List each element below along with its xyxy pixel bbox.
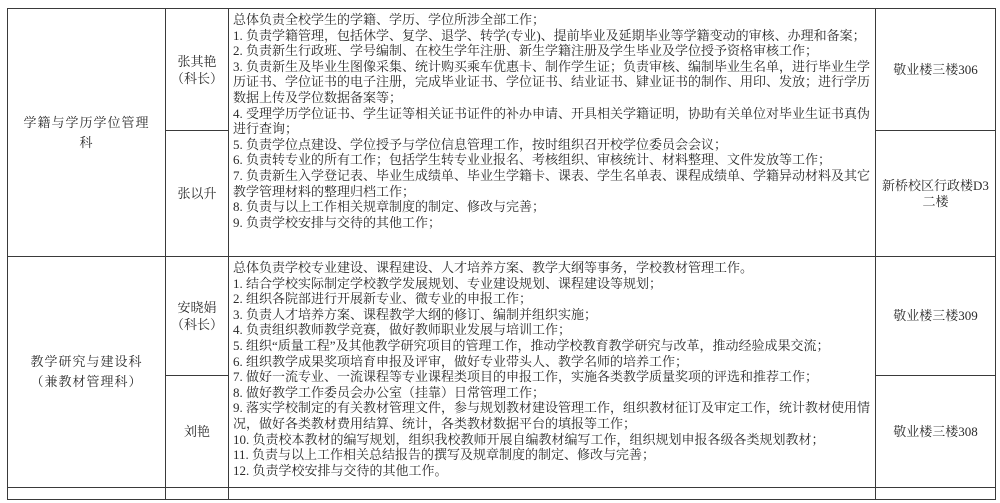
duty-line: 2. 负责新生行政班、学号编制、在校生学年注册、新生学籍注册及学生毕业及学位授予… [233,43,871,59]
duty-line: 7. 做好一流专业、一流课程等专业课程类项目的申报工作，实施各类教学质量奖项的评… [233,369,871,385]
duty-line: 1. 结合学校实际制定学校教学发展规划、专业建设规划、课程建设等规划； [233,276,871,292]
duty-line: 12. 负责学校安排与交待的其他工作。 [233,463,871,479]
person-title: （科长） [171,71,223,86]
person-title: （科长） [171,317,223,332]
person-name: 张其艳 [177,54,216,69]
person-cell: 张其艳（科长） [166,9,229,131]
person-name: 张以升 [177,186,216,201]
duty-line: 3. 负责人才培养方案、课程教学大纲的修订、编制并组织实施； [233,307,871,323]
duty-line: 总体负责学校专业建设、课程建设、人才培养方案、教学大纲等事务，学校教材管理工作。 [233,260,871,276]
location-cell: 敬业楼三楼308 [876,376,996,488]
person-name: 安晓娟 [177,300,216,315]
duty-line: 11. 负责与以上工作相关总结报告的撰写及规章制度的制定、修改与完善； [233,447,871,463]
duty-table: 学籍与学历学位管理科张其艳（科长）总体负责全校学生的学籍、学历、学位所涉全部工作… [7,8,996,500]
duty-line: 4. 受理学历学位证书、学生证等相关证书证件的补办申请、开具相关学籍证明，协助有… [233,106,871,137]
table-row: 学籍与学历学位管理科张其艳（科长）总体负责全校学生的学籍、学历、学位所涉全部工作… [8,9,996,131]
duties-cell: 总体负责全校学生的学籍、学历、学位所涉全部工作；1. 负责学籍管理，包括休学、复… [229,9,876,257]
department-cell: 教学研究与建设科（兼教材管理科） [8,257,166,488]
duty-line: 2. 组织各院部进行开展新专业、微专业的申报工作； [233,291,871,307]
duty-line: 4. 负责组织教师教学竞赛，做好教师职业发展与培训工作； [233,322,871,338]
location-cell: 敬业楼三楼306 [876,9,996,131]
duty-line: 8. 做好教学工作委员会办公室（挂靠）日常管理工作； [233,385,871,401]
duty-line: 总体负责全校学生的学籍、学历、学位所涉全部工作； [233,12,871,28]
location-cell: 敬业楼三楼309 [876,257,996,376]
duty-line: 1. 负责学籍管理，包括休学、复学、退学、转学(专业)、提前毕业及延期毕业等学籍… [233,28,871,44]
loc-cell-empty [876,488,996,500]
duties-cell: 总体负责学校专业建设、课程建设、人才培养方案、教学大纲等事务，学校教材管理工作。… [229,257,876,488]
duty-line: 5. 负责学位点建设、学位授予与学位信息管理工作，按时组织召开校学位委员会会议； [233,137,871,153]
table-row: 教学研究与建设科（兼教材管理科）安晓娟（科长）总体负责学校专业建设、课程建设、人… [8,257,996,376]
person-cell: 安晓娟（科长） [166,257,229,376]
duty-line: 7. 负责新生入学登记表、毕业生成绩单、毕业生学籍卡、课表、学生名单表、课程成绩… [233,168,871,199]
person-cell: 刘艳 [166,376,229,488]
duty-line: 9. 落实学校制定的有关教材管理文件，参与规划教材建设管理工作，组织教材征订及审… [233,400,871,431]
duty-line: 5. 组织“质量工程”及其他教学研究项目的管理工作，推动学校教育教学研究与改革，… [233,338,871,354]
duty-line: 6. 组织教学成果奖项培育申报及评审，做好专业带头人、教学名师的培养工作； [233,354,871,370]
duty-line: 3. 负责新生及毕业生图像采集、统计购买乘车优惠卡、制作学生证；负责审核、编制毕… [233,59,871,106]
duties-cell-empty [229,488,876,500]
duty-line: 6. 负责转专业的所有工作；包括学生转专业业报名、考核组织、审核统计、材料整理、… [233,152,871,168]
person-cell: 张以升 [166,131,229,257]
department-cell: 学籍与学历学位管理科 [8,9,166,257]
dept-cell-empty [8,488,166,500]
duty-line: 10. 负责校本教材的编写规划，组织我校教师开展自编教材编写工作，组织规划申报各… [233,432,871,448]
person-name: 刘艳 [184,424,210,439]
person-cell-empty [166,488,229,500]
duty-line: 9. 负责学校安排与交待的其他工作； [233,215,871,231]
location-cell: 新桥校区行政楼D3二楼 [876,131,996,257]
document-page: 学籍与学历学位管理科张其艳（科长）总体负责全校学生的学籍、学历、学位所涉全部工作… [0,0,1000,500]
duty-table-body: 学籍与学历学位管理科张其艳（科长）总体负责全校学生的学籍、学历、学位所涉全部工作… [8,9,996,500]
duty-line: 8. 负责与以上工作相关规章制度的制定、修改与完善； [233,199,871,215]
table-row-partial [8,488,996,500]
